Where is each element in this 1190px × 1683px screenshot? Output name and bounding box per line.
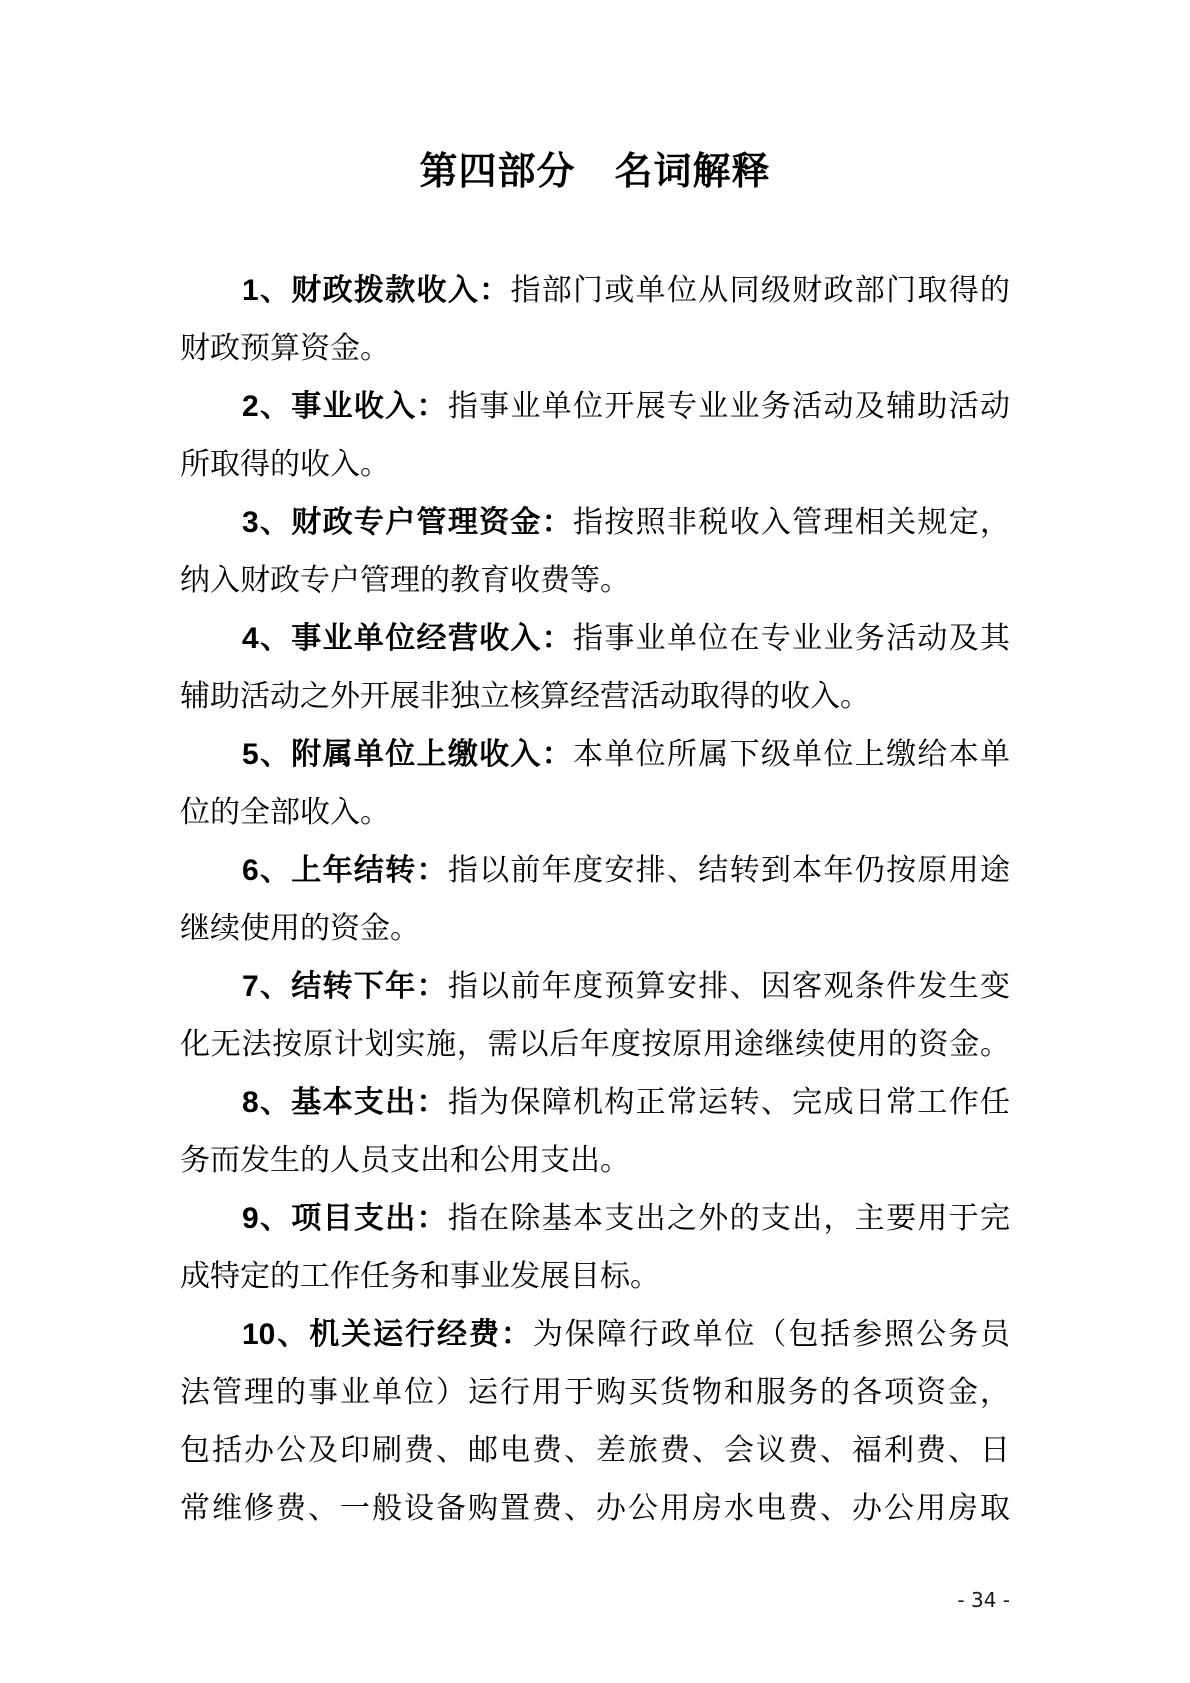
document-page: 第四部分 名词解释 1、财政拨款收入：指部门或单位从同级财政部门取得的 财政预算… <box>0 0 1190 1683</box>
term-label: 4、事业单位经营收入： <box>242 622 573 655</box>
definition-text: 财政预算资金。 <box>180 332 390 365</box>
definition-line: 10、机关运行经费：为保障行政单位（包括参照公务员 <box>180 1306 1010 1364</box>
definition-line: 纳入财政专户管理的教育收费等。 <box>180 552 1010 610</box>
term-label: 1、财政拨款收入： <box>242 274 510 307</box>
definition-line: 常维修费、一般设备购置费、办公用房水电费、办公用房取 <box>180 1480 1010 1538</box>
definition-text: 成特定的工作任务和事业发展目标。 <box>180 1260 660 1293</box>
glossary-body: 1、财政拨款收入：指部门或单位从同级财政部门取得的 财政预算资金。 2、事业收入… <box>180 262 1010 1538</box>
page-title: 第四部分 名词解释 <box>0 139 1190 205</box>
term-label: 2、事业收入： <box>242 390 448 423</box>
definition-line: 包括办公及印刷费、邮电费、差旅费、会议费、福利费、日 <box>180 1422 1010 1480</box>
definition-line: 成特定的工作任务和事业发展目标。 <box>180 1248 1010 1306</box>
definition-line: 3、财政专户管理资金：指按照非税收入管理相关规定， <box>180 494 1010 552</box>
definition-text: 纳入财政专户管理的教育收费等。 <box>180 564 630 597</box>
definition-text: 法管理的事业单位）运行用于购买货物和服务的各项资金， <box>180 1376 1010 1409</box>
definition-text: 位的全部收入。 <box>180 796 390 829</box>
definition-text: 常维修费、一般设备购置费、办公用房水电费、办公用房取 <box>180 1492 1010 1525</box>
term-label: 9、项目支出： <box>242 1202 448 1235</box>
term-label: 3、财政专户管理资金： <box>242 506 573 539</box>
definition-text: 所取得的收入。 <box>180 448 390 481</box>
definition-line: 5、附属单位上缴收入：本单位所属下级单位上缴给本单 <box>180 726 1010 784</box>
definition-line: 财政预算资金。 <box>180 320 1010 378</box>
definition-line: 继续使用的资金。 <box>180 900 1010 958</box>
definition-text: 化无法按原计划实施，需以后年度按原用途继续使用的资金。 <box>180 1028 1010 1061</box>
definition-text: 辅助活动之外开展非独立核算经营活动取得的收入。 <box>180 680 870 713</box>
definition-text: 为保障行政单位（包括参照公务员 <box>533 1318 1010 1351</box>
definition-text: 指事业单位在专业业务活动及其 <box>573 622 1010 655</box>
definition-text: 本单位所属下级单位上缴给本单 <box>573 738 1010 771</box>
definition-line: 7、结转下年：指以前年度预算安排、因客观条件发生变 <box>180 958 1010 1016</box>
term-label: 7、结转下年： <box>242 970 448 1003</box>
definition-text: 继续使用的资金。 <box>180 912 420 945</box>
definition-text: 务而发生的人员支出和公用支出。 <box>180 1144 630 1177</box>
page-number: - 34 - <box>180 1586 1010 1614</box>
definition-text: 指为保障机构正常运转、完成日常工作任 <box>448 1086 1010 1119</box>
definition-text: 指在除基本支出之外的支出，主要用于完 <box>448 1202 1010 1235</box>
definition-line: 8、基本支出：指为保障机构正常运转、完成日常工作任 <box>180 1074 1010 1132</box>
definition-line: 所取得的收入。 <box>180 436 1010 494</box>
term-label: 6、上年结转： <box>242 854 448 887</box>
term-label: 5、附属单位上缴收入： <box>242 738 573 771</box>
definition-text: 指以前年度安排、结转到本年仍按原用途 <box>448 854 1010 887</box>
definition-text: 指部门或单位从同级财政部门取得的 <box>510 274 1010 307</box>
definition-line: 化无法按原计划实施，需以后年度按原用途继续使用的资金。 <box>180 1016 1010 1074</box>
definition-text: 指以前年度预算安排、因客观条件发生变 <box>448 970 1010 1003</box>
term-label: 8、基本支出： <box>242 1086 448 1119</box>
definition-line: 4、事业单位经营收入：指事业单位在专业业务活动及其 <box>180 610 1010 668</box>
definition-line: 6、上年结转：指以前年度安排、结转到本年仍按原用途 <box>180 842 1010 900</box>
definition-line: 1、财政拨款收入：指部门或单位从同级财政部门取得的 <box>180 262 1010 320</box>
definition-text: 指按照非税收入管理相关规定， <box>573 506 1010 539</box>
definition-line: 法管理的事业单位）运行用于购买货物和服务的各项资金， <box>180 1364 1010 1422</box>
definition-line: 9、项目支出：指在除基本支出之外的支出，主要用于完 <box>180 1190 1010 1248</box>
definition-line: 位的全部收入。 <box>180 784 1010 842</box>
definition-text: 包括办公及印刷费、邮电费、差旅费、会议费、福利费、日 <box>180 1434 1010 1467</box>
definition-text: 指事业单位开展专业业务活动及辅助活动 <box>448 390 1010 423</box>
definition-line: 辅助活动之外开展非独立核算经营活动取得的收入。 <box>180 668 1010 726</box>
term-label: 10、机关运行经费： <box>242 1318 533 1351</box>
definition-line: 2、事业收入：指事业单位开展专业业务活动及辅助活动 <box>180 378 1010 436</box>
definition-line: 务而发生的人员支出和公用支出。 <box>180 1132 1010 1190</box>
